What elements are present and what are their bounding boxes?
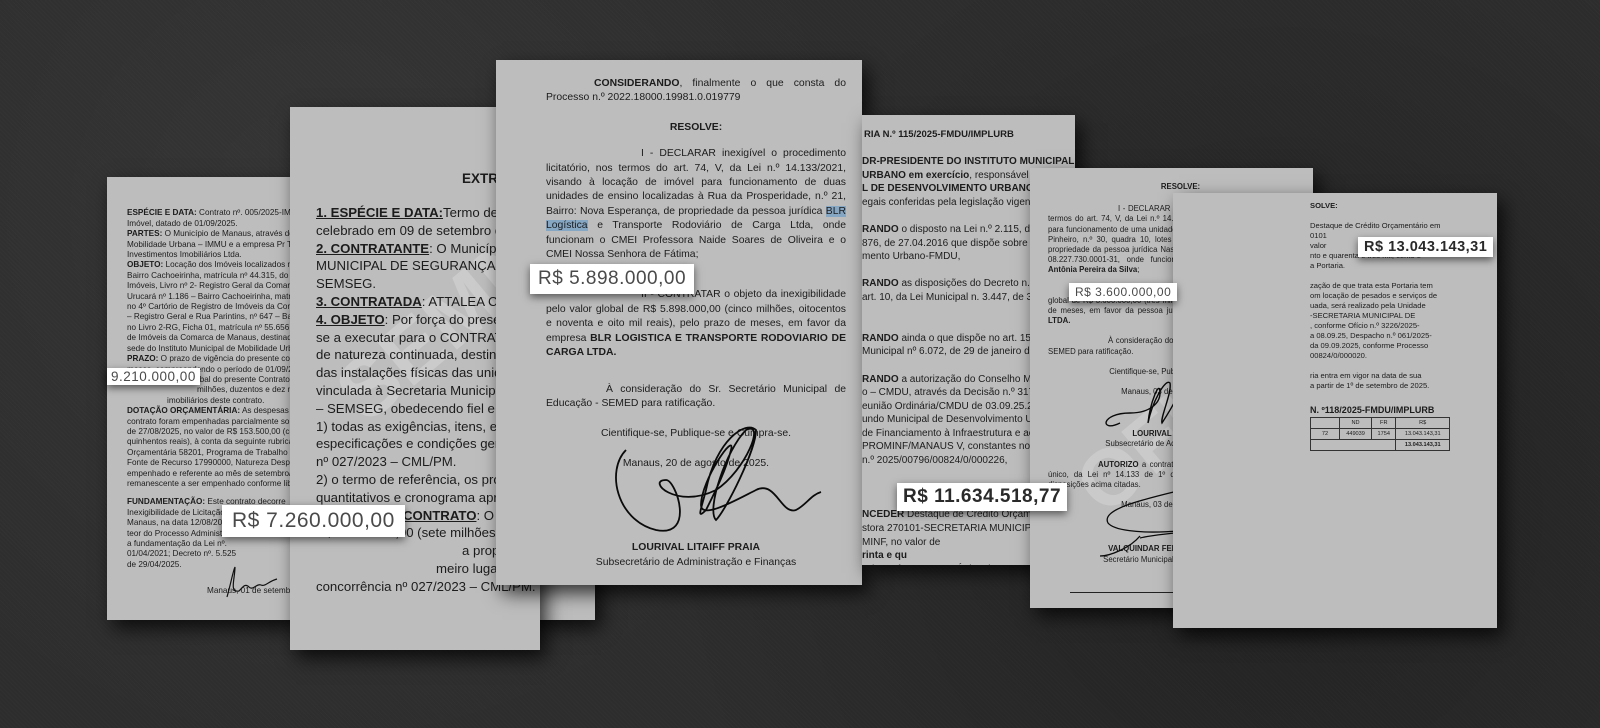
resolve-heading: RESOLVE:: [546, 121, 846, 135]
text-line: da 09.09.2025, conforme Processo: [1310, 341, 1495, 351]
text-considerando: , finalmente o que consta do Processo n.…: [546, 78, 846, 103]
section-label: 2. CONTRATANTE: [316, 241, 429, 256]
text-line: 00824/0/000020.: [1310, 351, 1495, 361]
text-line: a partir de 1º de setembro de 2025.: [1310, 381, 1495, 391]
highlight-value-9210000: 9.210.000,00: [107, 368, 200, 385]
document-title: RIA N.º 115/2025-FMDU/IMPLURB: [864, 129, 1014, 140]
text-especie: Contrato nº. 005/2025-IMMU: [199, 208, 303, 217]
plain-text: os), conforme Anexo Único desta Portaria: [862, 564, 1047, 565]
text-consideracao: À consideração do Sr. Secretário Municip…: [546, 383, 846, 412]
section-label: 1. ESPÉCIE E DATA:: [316, 205, 443, 220]
resolve-heading: SOLVE:: [1310, 201, 1495, 211]
company-name: BLR LOGISTICA E TRANSPORTE RODOVIARIO DE…: [546, 333, 846, 358]
plain-text: art. 10, da Lei Municipal n. 3.447, de 3…: [862, 292, 1052, 303]
signer-name: LOURIVAL LITAIFF PRAIA: [546, 541, 846, 555]
label-objeto: OBJETO:: [127, 260, 163, 269]
annex-table: ND FR R$ 72 449039 1754 13.043.143,31 13…: [1310, 417, 1450, 451]
plain-text: n.º 2025/00796/00824/0/000226,: [862, 455, 1007, 466]
highlight-value-11634518: R$ 11.634.518,77: [897, 483, 1067, 511]
place-date: Manaus, 20 de agosto de 2025.: [546, 457, 846, 471]
bold-text: RANDO: [862, 224, 899, 235]
section-text: MUNICIPAL DE SEGURANÇA PÚ: [316, 258, 517, 273]
label-considerando: CONSIDERANDO: [594, 78, 679, 89]
bold-text: URBANO em exercício: [862, 170, 969, 181]
table-cell: 13.043.143,31: [1396, 429, 1450, 440]
table-row: 72 449039 1754 13.043.143,31: [1311, 429, 1450, 440]
label-partes: PARTES:: [127, 229, 162, 238]
text-line: -SECRETARIA MUNICIPAL DE: [1310, 311, 1495, 321]
plain-text: de Financiamento à Infraestrutura e ao: [862, 428, 1034, 439]
section-label: 4. OBJETO: [316, 312, 385, 327]
text-line: DR-PRESIDENTE DO INSTITUTO MUNICIPAL: [862, 155, 1075, 169]
document-resolve-blr: CONSIDERANDO, finalmente o que consta do…: [496, 60, 862, 585]
table-cell: 449039: [1340, 429, 1372, 440]
table-header-row: ND FR R$: [1311, 418, 1450, 429]
text-line: ria entra em vigor na data de sua: [1310, 371, 1495, 381]
plain-text: o disposto na Lei n.º 2.115, de: [899, 224, 1036, 235]
table-header: R$: [1396, 418, 1450, 429]
plain-text: mento Urbano-FMDU,: [862, 251, 960, 262]
bold-text: RANDO: [862, 374, 899, 385]
label-autorizo: AUTORIZO: [1098, 460, 1139, 469]
text-line: Destaque de Crédito Orçamentário em: [1310, 221, 1495, 231]
table-header: FR: [1372, 418, 1396, 429]
text-line: om locação de pesados e serviços de: [1310, 291, 1495, 301]
text-line: zação de que trata esta Portaria tem: [1310, 281, 1495, 291]
highlight-value-13043143: R$ 13.043.143,31: [1358, 237, 1493, 257]
label-prazo: PRAZO:: [127, 354, 158, 363]
highlight-value-3600000: R$ 3.600.000,00: [1069, 283, 1177, 301]
text-line: [1310, 361, 1495, 371]
bold-text: NCEDER: [862, 509, 904, 520]
table-total-row: 13.043.143,31: [1311, 440, 1450, 451]
highlight-value-7260000: R$ 7.260.000,00: [222, 505, 405, 537]
highlight-value-5898000: R$ 5.898.000,00: [530, 264, 694, 294]
bold-text: DR-PRESIDENTE DO INSTITUTO MUNICIPAL: [862, 156, 1074, 167]
plain-text: egais conferidas pela legislação vigente…: [862, 197, 1042, 208]
text-line: a 08.09.25, Despacho n.º 061/2025-: [1310, 331, 1495, 341]
section-text: nº 027/2023 – CML/PM.: [316, 454, 456, 469]
document-body: CONSIDERANDO, finalmente o que consta do…: [546, 77, 846, 570]
text-cientifique: Cientifique-se, Publique-se e Cumpra-se.: [546, 427, 846, 441]
plain-text: PROMINF/MANAUS V, constantes no: [862, 441, 1030, 452]
bold-text: RANDO: [862, 333, 899, 344]
annex-title: N. º118/2025-FMDU/IMPLURB: [1310, 405, 1495, 415]
document-portaria-118: SOLVE: Destaque de Crédito Orçamentário …: [1173, 193, 1497, 628]
bold-text: RANDO: [862, 278, 899, 289]
label-especie: ESPÉCIE E DATA:: [127, 208, 197, 217]
resolve-heading: RESOLVE:: [1048, 182, 1313, 192]
label-fundamentacao: FUNDAMENTAÇÃO:: [127, 497, 205, 506]
section-text: 1) todas as exigências, itens, e: [316, 419, 497, 434]
text-line: uada, será realizado pela Unidade: [1310, 301, 1495, 311]
table-cell: 1754: [1372, 429, 1396, 440]
table-total: 13.043.143,31: [1396, 440, 1450, 451]
text-item1-tail: e Transporte Rodoviário de Carga Ltda, o…: [546, 220, 846, 260]
label-dotacao: DOTAÇÃO ORÇAMENTÁRIA:: [127, 406, 240, 415]
text-line: , conforme Ofício n.º 3226/2025-: [1310, 321, 1495, 331]
signer-role: Subsecretário de Administração e Finança…: [546, 556, 846, 570]
text-line: a Portaria.: [1310, 261, 1495, 271]
bold-text: rinta e qu: [862, 550, 907, 561]
plain-text: MINF, no valor de: [862, 537, 940, 548]
text-line: O Município de Manaus, através do Ins: [165, 229, 307, 238]
section-text: 2) o termo de referência, os proje: [316, 472, 511, 487]
section-label: 3. CONTRATADA: [316, 294, 422, 309]
text-item1: I - DECLARAR inexigível o procedimento l…: [546, 148, 846, 217]
text-line: [1310, 271, 1495, 281]
table-header: ND: [1340, 418, 1372, 429]
section-text: SEMSEG.: [316, 276, 376, 291]
